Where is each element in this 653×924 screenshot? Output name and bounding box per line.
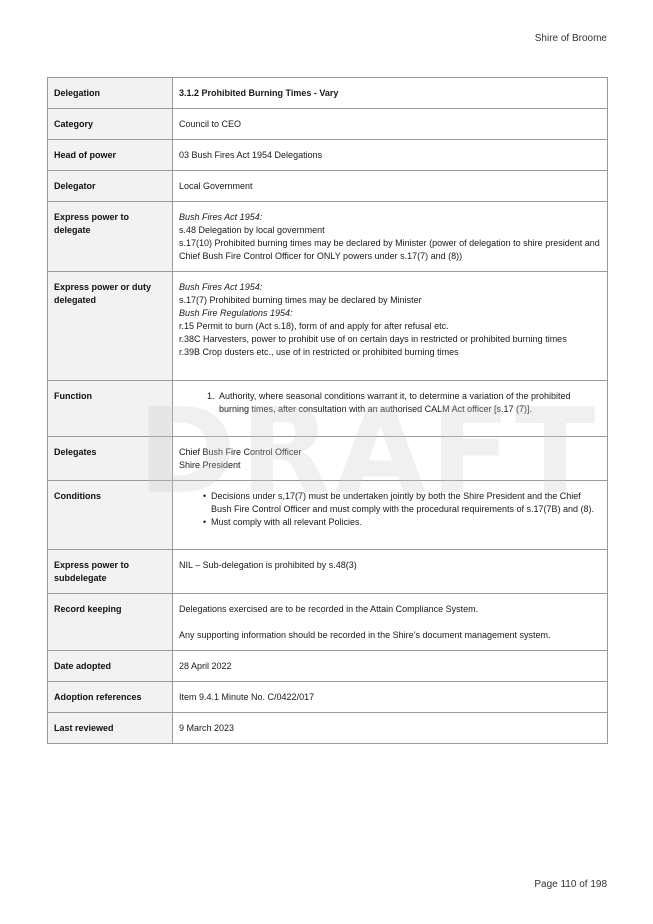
- function-value: Authority, where seasonal conditions war…: [173, 381, 608, 437]
- express-power-to-delegate-value: Bush Fires Act 1954: s.48 Delegation by …: [173, 202, 608, 272]
- conditions-list: Decisions under s,17(7) must be undertak…: [179, 490, 601, 529]
- table-row: Category Council to CEO: [48, 109, 608, 140]
- regulation-line: r.38C Harvesters, power to prohibit use …: [179, 333, 601, 346]
- act-title: Bush Fires Act 1954:: [179, 211, 601, 224]
- delegator-value: Local Government: [173, 171, 608, 202]
- table-row: Conditions Decisions under s,17(7) must …: [48, 481, 608, 550]
- record-keeping-value: Delegations exercised are to be recorded…: [173, 594, 608, 651]
- condition-item: Decisions under s,17(7) must be undertak…: [211, 490, 601, 516]
- power-line: s.17(10) Prohibited burning times may be…: [179, 237, 601, 263]
- table-row: Express power to subdelegate NIL – Sub-d…: [48, 550, 608, 594]
- page-number: Page 110 of 198: [534, 879, 607, 890]
- regulations-title: Bush Fire Regulations 1954:: [179, 307, 601, 320]
- row-label: Delegator: [48, 171, 173, 202]
- row-label: Record keeping: [48, 594, 173, 651]
- record-keeping-paragraph: Delegations exercised are to be recorded…: [179, 603, 601, 616]
- delegation-table: Delegation 3.1.2 Prohibited Burning Time…: [47, 77, 608, 744]
- function-item: Authority, where seasonal conditions war…: [217, 390, 601, 416]
- table-row: Head of power 03 Bush Fires Act 1954 Del…: [48, 140, 608, 171]
- regulation-line: r.39B Crop dusters etc., use of in restr…: [179, 346, 601, 359]
- table-row: Delegation 3.1.2 Prohibited Burning Time…: [48, 78, 608, 109]
- table-row: Date adopted 28 April 2022: [48, 651, 608, 682]
- row-label: Head of power: [48, 140, 173, 171]
- condition-item: Must comply with all relevant Policies.: [211, 516, 601, 529]
- last-reviewed-value: 9 March 2023: [173, 713, 608, 744]
- row-label: Function: [48, 381, 173, 437]
- table-row: Function Authority, where seasonal condi…: [48, 381, 608, 437]
- table-row: Delegator Local Government: [48, 171, 608, 202]
- category-value: Council to CEO: [173, 109, 608, 140]
- delegates-value: Chief Bush Fire Control Officer Shire Pr…: [173, 437, 608, 481]
- row-label: Delegates: [48, 437, 173, 481]
- express-power-or-duty-value: Bush Fires Act 1954: s.17(7) Prohibited …: [173, 272, 608, 381]
- delegation-title: 3.1.2 Prohibited Burning Times - Vary: [173, 78, 608, 109]
- power-line: s.17(7) Prohibited burning times may be …: [179, 294, 601, 307]
- table-row: Record keeping Delegations exercised are…: [48, 594, 608, 651]
- table-row: Express power to delegate Bush Fires Act…: [48, 202, 608, 272]
- row-label: Category: [48, 109, 173, 140]
- subdelegate-value: NIL – Sub-delegation is prohibited by s.…: [173, 550, 608, 594]
- row-label: Date adopted: [48, 651, 173, 682]
- table-row: Express power or duty delegated Bush Fir…: [48, 272, 608, 381]
- regulation-line: r.15 Permit to burn (Act s.18), form of …: [179, 320, 601, 333]
- delegate-name: Shire President: [179, 459, 601, 472]
- conditions-value: Decisions under s,17(7) must be undertak…: [173, 481, 608, 550]
- delegate-name: Chief Bush Fire Control Officer: [179, 446, 601, 459]
- paragraph-gap: [179, 616, 601, 629]
- act-title: Bush Fires Act 1954:: [179, 281, 601, 294]
- function-list: Authority, where seasonal conditions war…: [179, 390, 601, 416]
- organisation-header: Shire of Broome: [535, 33, 607, 44]
- row-label: Express power to subdelegate: [48, 550, 173, 594]
- row-label: Conditions: [48, 481, 173, 550]
- row-label: Delegation: [48, 78, 173, 109]
- date-adopted-value: 28 April 2022: [173, 651, 608, 682]
- adoption-references-value: Item 9.4.1 Minute No. C/0422/017: [173, 682, 608, 713]
- table-row: Delegates Chief Bush Fire Control Office…: [48, 437, 608, 481]
- table-row: Adoption references Item 9.4.1 Minute No…: [48, 682, 608, 713]
- record-keeping-paragraph: Any supporting information should be rec…: [179, 629, 601, 642]
- row-label: Express power or duty delegated: [48, 272, 173, 381]
- head-of-power-value: 03 Bush Fires Act 1954 Delegations: [173, 140, 608, 171]
- table-row: Last reviewed 9 March 2023: [48, 713, 608, 744]
- row-label: Adoption references: [48, 682, 173, 713]
- power-line: s.48 Delegation by local government: [179, 224, 601, 237]
- row-label: Last reviewed: [48, 713, 173, 744]
- row-label: Express power to delegate: [48, 202, 173, 272]
